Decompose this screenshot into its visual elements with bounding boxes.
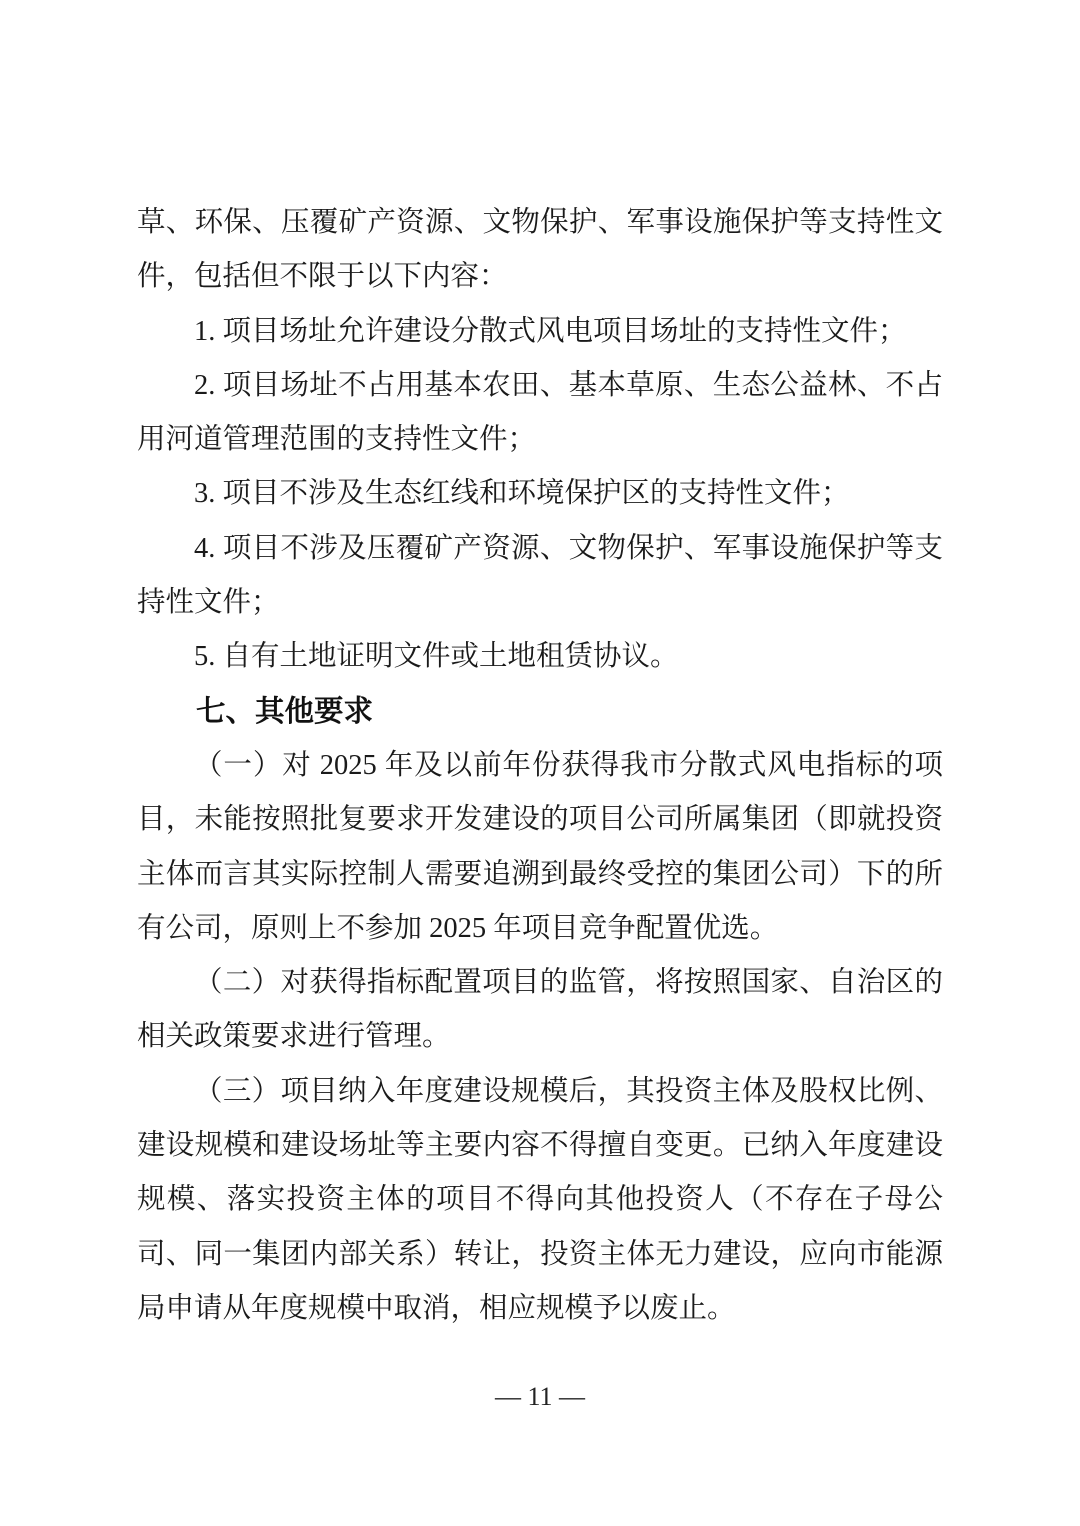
page-number: — 11 — <box>0 1380 1080 1414</box>
paragraph-continuation: 草、环保、压覆矿产资源、文物保护、军事设施保护等支持性文件，包括但不限于以下内容… <box>137 196 943 305</box>
document-body: 草、环保、压覆矿产资源、文物保护、军事设施保护等支持性文件，包括但不限于以下内容… <box>137 196 943 1336</box>
paragraph-item-3: （三）项目纳入年度建设规模后，其投资主体及股权比例、建设规模和建设场址等主要内容… <box>137 1065 943 1336</box>
section-heading: 七、其他要求 <box>137 685 943 739</box>
paragraph-item-1: （一）对 2025 年及以前年份获得我市分散式风电指标的项目，未能按照批复要求开… <box>137 739 943 956</box>
paragraph-item-2: （二）对获得指标配置项目的监管，将按照国家、自治区的相关政策要求进行管理。 <box>137 956 943 1065</box>
list-item-4: 4. 项目不涉及压覆矿产资源、文物保护、军事设施保护等支持性文件； <box>137 522 943 631</box>
list-item-2: 2. 项目场址不占用基本农田、基本草原、生态公益林、不占用河道管理范围的支持性文… <box>137 359 943 468</box>
list-item-5: 5. 自有土地证明文件或土地租赁协议。 <box>137 630 943 684</box>
list-item-3: 3. 项目不涉及生态红线和环境保护区的支持性文件； <box>137 467 943 521</box>
document-page: 草、环保、压覆矿产资源、文物保护、军事设施保护等支持性文件，包括但不限于以下内容… <box>0 0 1080 1526</box>
list-item-1: 1. 项目场址允许建设分散式风电项目场址的支持性文件； <box>137 305 943 359</box>
